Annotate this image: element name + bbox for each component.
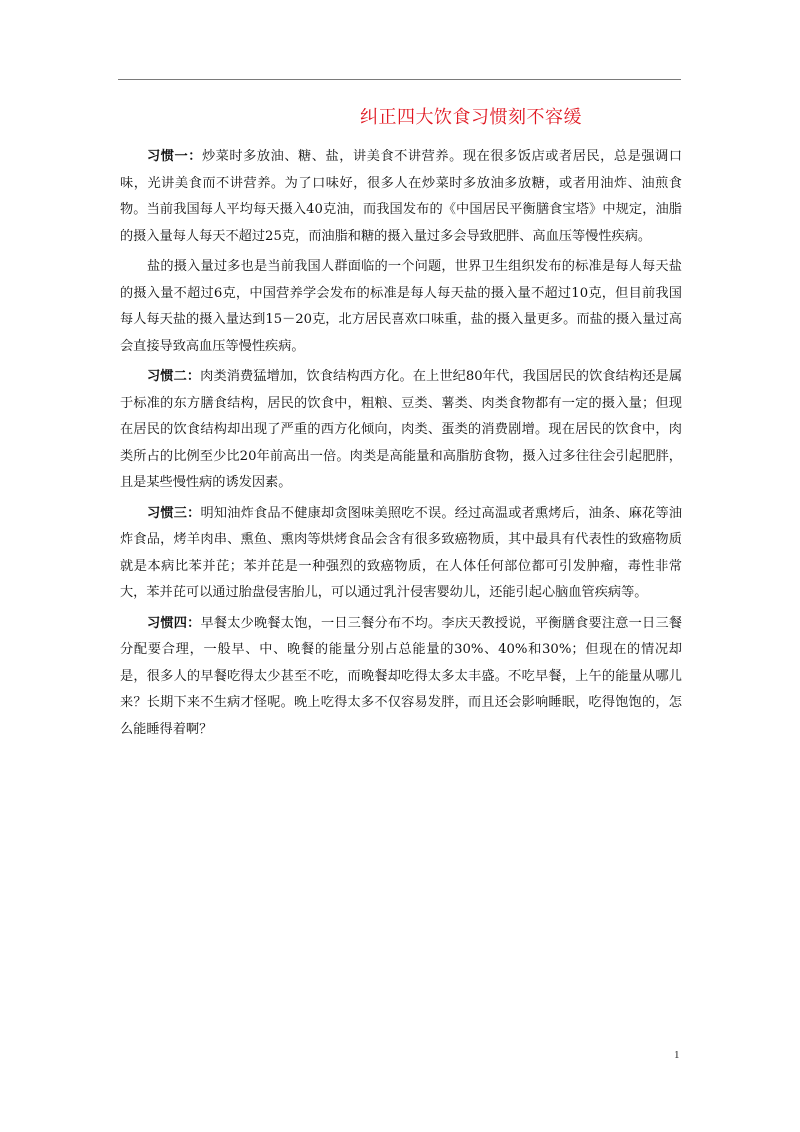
paragraph-lead: 习惯四： <box>147 616 201 631</box>
paragraph-lead: 习惯二： <box>147 369 200 384</box>
document-page: 纠正四大饮食习惯刻不容缓 习惯一：炒菜时多放油、糖、盐，讲美食不讲营养。现在很多… <box>0 0 800 1132</box>
paragraph-lead: 习惯三： <box>147 506 201 521</box>
paragraph-text: 肉类消费猛增加，饮食结构西方化。在上世纪80年代，我国居民的饮食结构还是属于标准… <box>120 369 682 490</box>
paragraph-lead: 习惯一： <box>147 149 202 164</box>
paragraph-habit-four: 习惯四：早餐太少晚餐太饱，一日三餐分布不均。李庆天教授说，平衡膳食要注意一日三餐… <box>120 611 682 744</box>
paragraph-text: 盐的摄入量过多也是当前我国人群面临的一个问题，世界卫生组织发布的标准是每人每天盐… <box>120 259 682 354</box>
document-title: 纠正四大饮食习惯刻不容缓 <box>0 104 800 132</box>
paragraph-habit-two: 习惯二：肉类消费猛增加，饮食结构西方化。在上世纪80年代，我国居民的饮食结构还是… <box>120 364 682 497</box>
document-body: 习惯一：炒菜时多放油、糖、盐，讲美食不讲营养。现在很多饭店或者居民，总是强调口味… <box>120 144 682 747</box>
header-rule <box>118 79 681 80</box>
paragraph-habit-three: 习惯三：明知油炸食品不健康却贪图味美照吃不误。经过高温或者熏烤后，油条、麻花等油… <box>120 501 682 607</box>
paragraph-text: 明知油炸食品不健康却贪图味美照吃不误。经过高温或者熏烤后，油条、麻花等油炸食品，… <box>120 506 682 601</box>
paragraph-habit-one: 习惯一：炒菜时多放油、糖、盐，讲美食不讲营养。现在很多饭店或者居民，总是强调口味… <box>120 144 682 250</box>
paragraph-salt: 盐的摄入量过多也是当前我国人群面临的一个问题，世界卫生组织发布的标准是每人每天盐… <box>120 254 682 360</box>
paragraph-text: 早餐太少晚餐太饱，一日三餐分布不均。李庆天教授说，平衡膳食要注意一日三餐分配要合… <box>120 616 682 737</box>
page-number: 1 <box>674 1049 680 1061</box>
paragraph-text: 炒菜时多放油、糖、盐，讲美食不讲营养。现在很多饭店或者居民，总是强调口味，光讲美… <box>120 149 682 244</box>
